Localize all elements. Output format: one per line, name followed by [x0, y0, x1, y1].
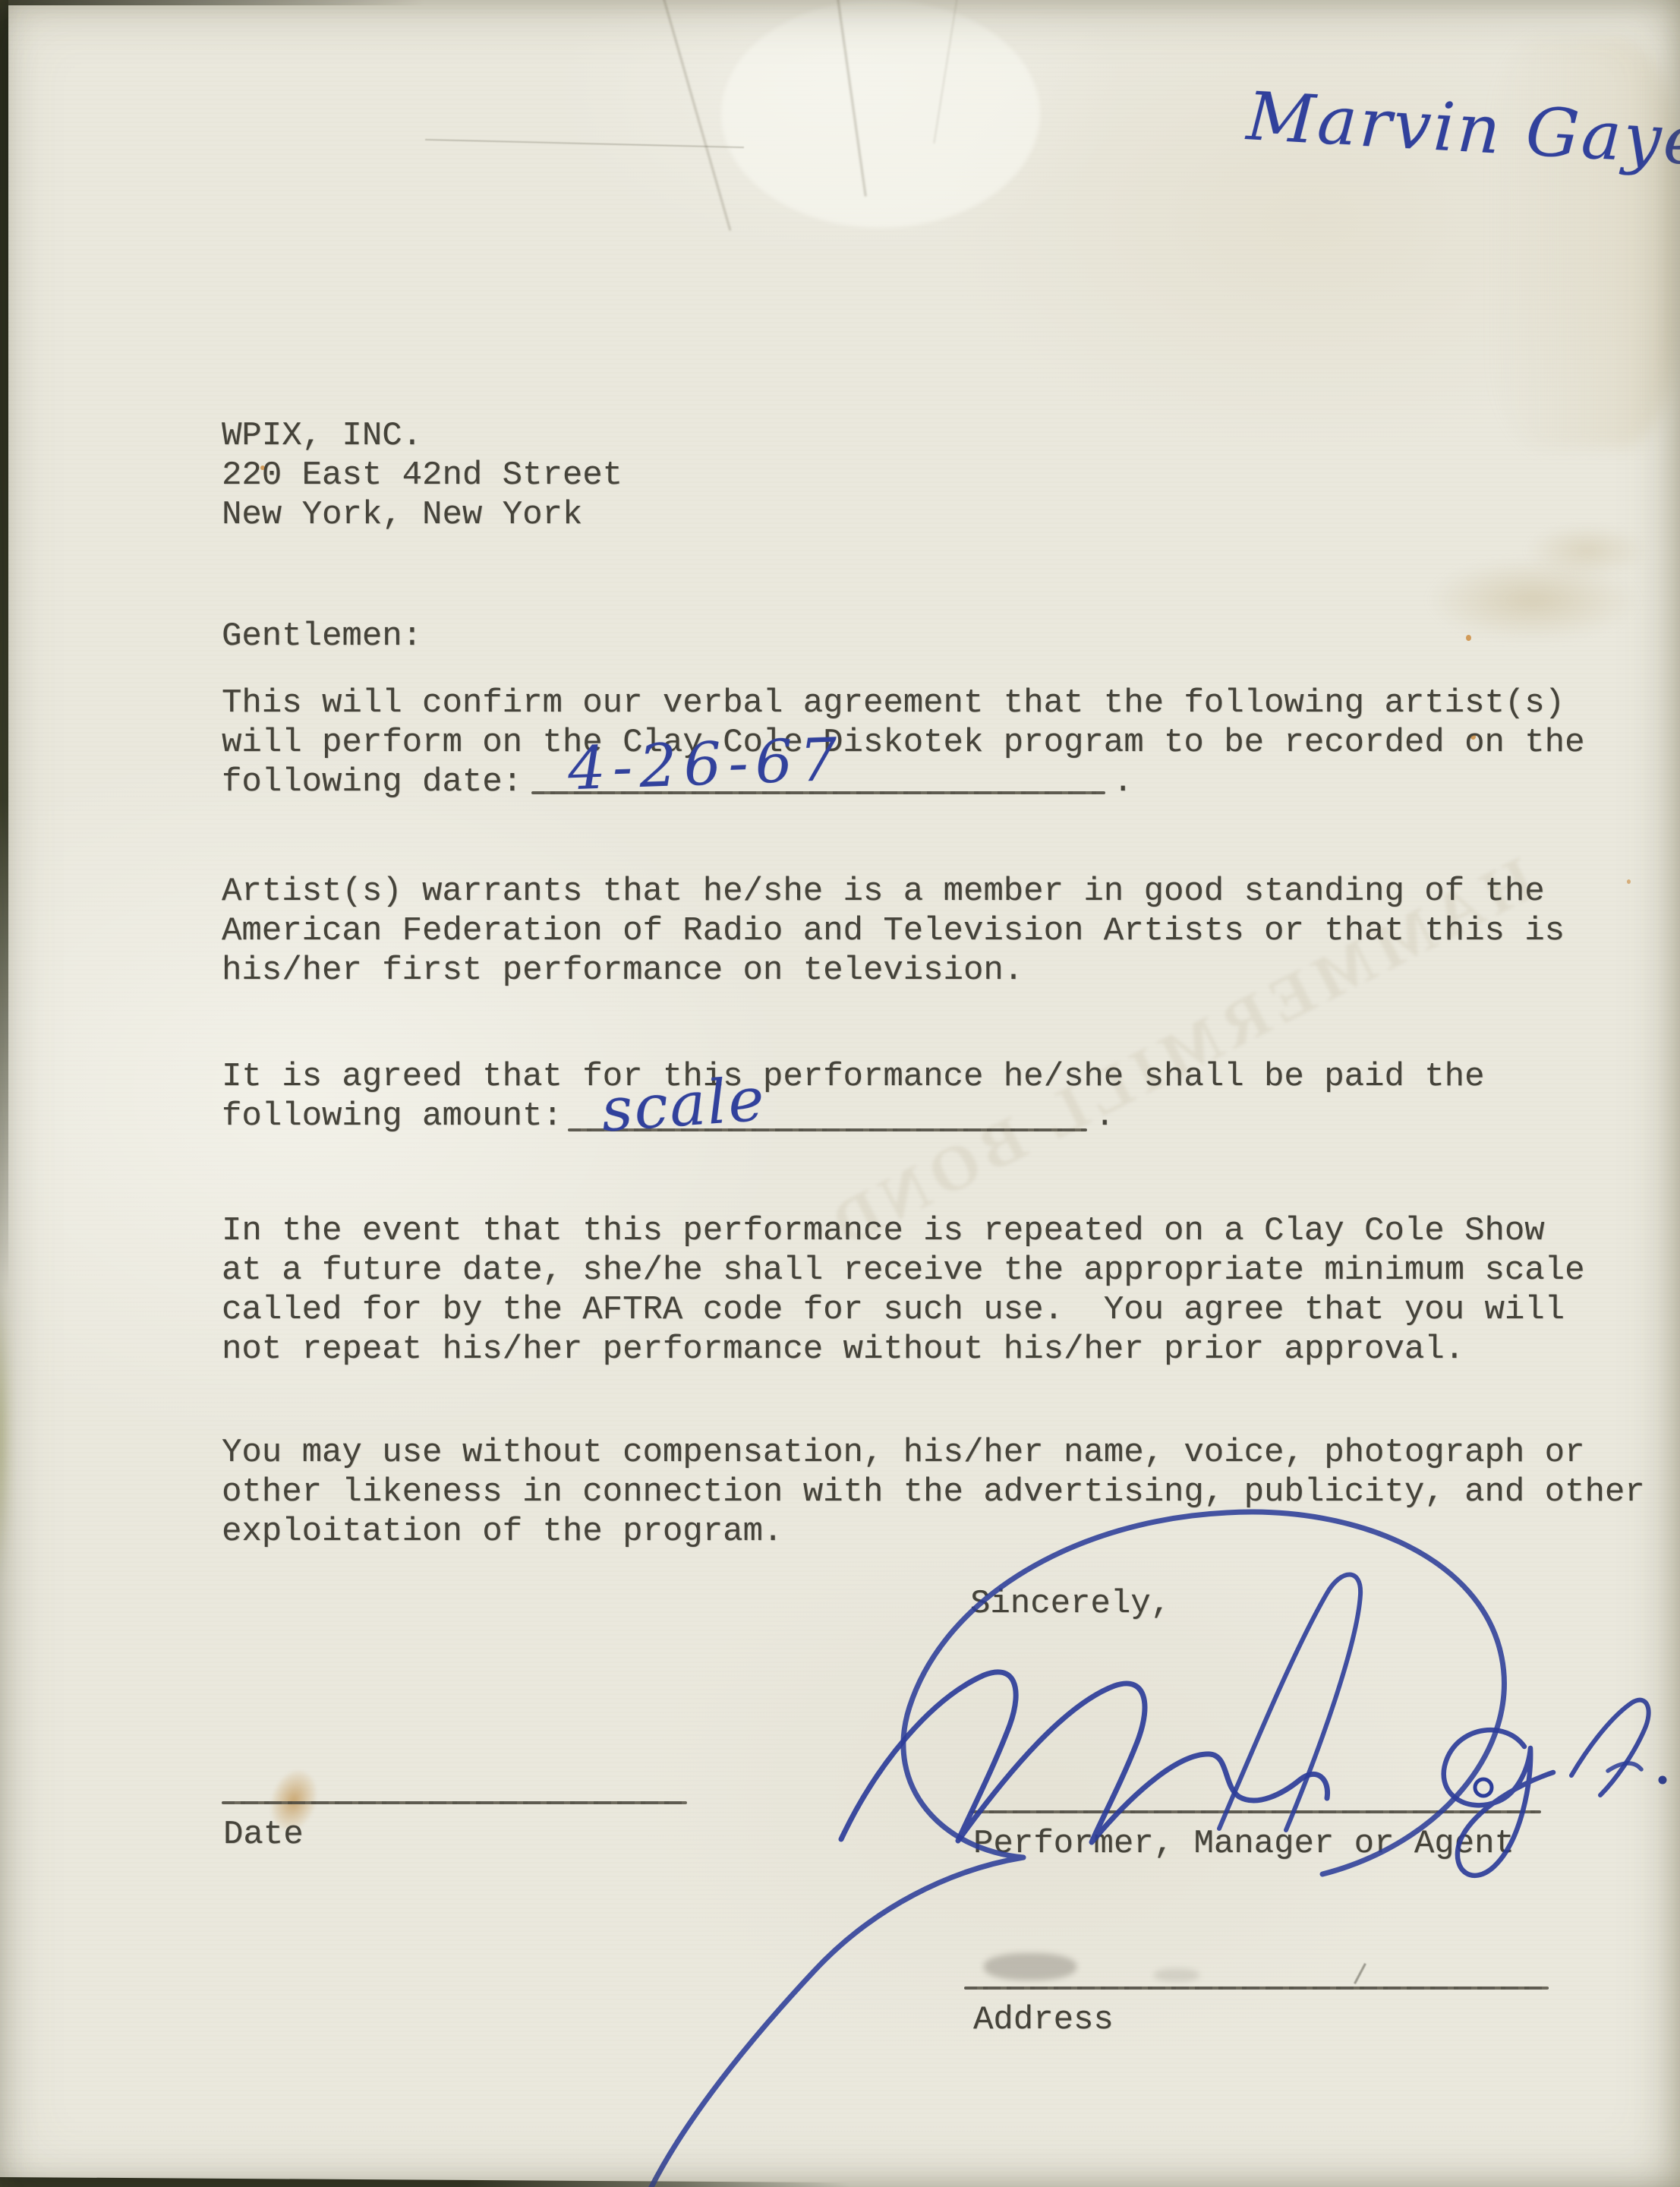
recipient-line-2: 220 East 42nd Street — [222, 456, 623, 495]
para1-date-prefix: following date: — [222, 762, 522, 802]
para5-line3: exploitation of the program. — [222, 1512, 783, 1551]
tick-mark — [1354, 1963, 1366, 1984]
para4-line4: not repeat his/her performance without h… — [222, 1330, 1464, 1369]
signature-first-name-stroke — [841, 1672, 1328, 1842]
stain-right-margin — [1427, 558, 1640, 642]
date-signature-line — [222, 1801, 687, 1804]
ink-speck — [1627, 879, 1631, 884]
signature-ascender-stroke — [1219, 1575, 1360, 1831]
performer-label: Performer, Manager or Agent — [973, 1824, 1515, 1864]
performer-signature-line — [970, 1810, 1541, 1813]
para3-amount-prefix: following amount: — [222, 1097, 563, 1136]
para3-period: . — [1095, 1097, 1114, 1136]
scan-edge-left-glow — [0, 1276, 12, 1595]
para4-line1: In the event that this performance is re… — [222, 1211, 1545, 1251]
para5-line2: other likeness in connection with the ad… — [222, 1472, 1645, 1512]
signature-jr-stroke — [1571, 1700, 1649, 1795]
ink-speck — [1466, 635, 1471, 641]
letter-page: HAMMERMILL BOND Marvin Gaye WPIX, INC. 2… — [0, 0, 1680, 2187]
para2-line2: American Federation of Radio and Televis… — [222, 911, 1565, 951]
scan-edge-top — [0, 0, 425, 5]
handwritten-date: 4-26-67 — [567, 726, 846, 804]
handwritten-amount: scale — [599, 1064, 768, 1146]
signature-period — [1659, 1776, 1667, 1785]
para4-line3: called for by the AFTRA code for such us… — [222, 1290, 1565, 1330]
para3-line1: It is agreed that for this performance h… — [222, 1057, 1484, 1097]
recipient-line-3: New York, New York — [222, 495, 582, 535]
recipient-line-1: WPIX, INC. — [222, 416, 422, 456]
smudge-above-address-2 — [1154, 1968, 1199, 1982]
valediction: Sincerely, — [970, 1584, 1171, 1624]
para5-line1: You may use without compensation, his/he… — [222, 1433, 1585, 1472]
para2-line3: his/her first performance on television. — [222, 951, 1023, 990]
date-label: Date — [223, 1815, 304, 1854]
address-line — [964, 1987, 1549, 1990]
scan-edge-left — [0, 0, 8, 1291]
crease-highlight — [721, 0, 1040, 228]
signature-dot — [1475, 1779, 1492, 1796]
para2-line1: Artist(s) warrants that he/she is a memb… — [222, 872, 1545, 911]
address-label: Address — [973, 2000, 1114, 2040]
para4-line2: at a future date, she/he shall receive t… — [222, 1251, 1585, 1290]
scan-edge-bottom — [0, 2177, 850, 2187]
signature-jr-flick — [1608, 1763, 1641, 1771]
para1-line1: This will confirm our verbal agreement t… — [222, 683, 1565, 723]
smudge-above-address — [984, 1953, 1076, 1980]
scratch-mark — [425, 139, 744, 148]
salutation: Gentlemen: — [222, 617, 422, 656]
para1-period: . — [1113, 762, 1133, 802]
handwritten-name-top: Marvin Gaye — [1245, 77, 1680, 181]
stain-right-margin-2 — [1526, 524, 1647, 577]
para1-line2: will perform on the Clay Cole Diskotek p… — [222, 723, 1585, 762]
